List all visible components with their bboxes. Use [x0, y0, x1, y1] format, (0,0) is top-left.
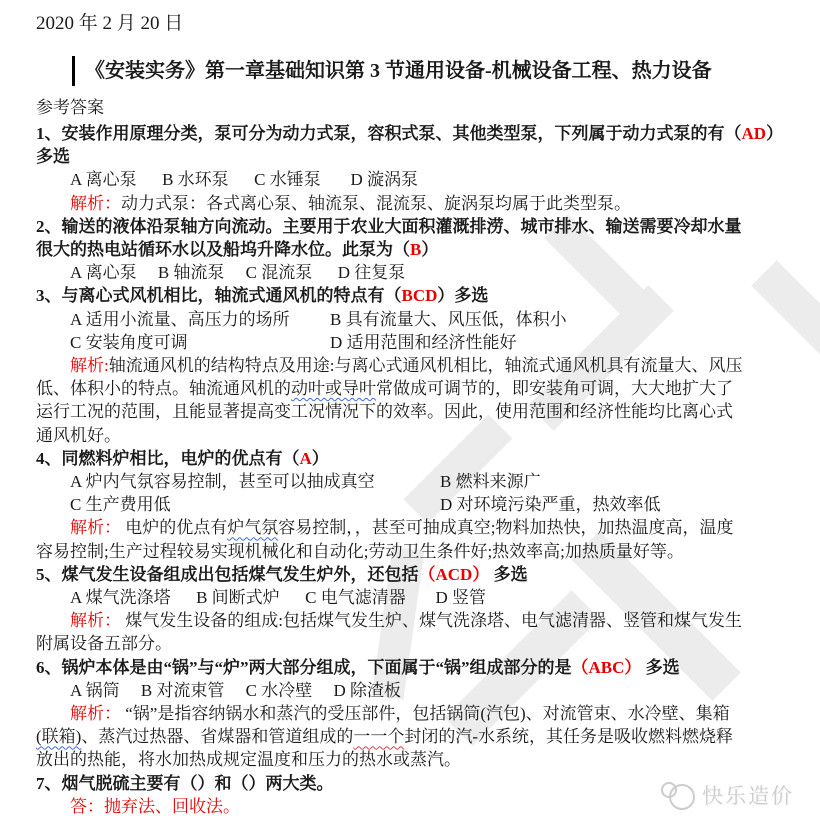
text-span: 附属设备五部分。 — [36, 634, 172, 653]
qa-body: 1、安装作用原理分类，泵可分为动力式泵，容积式泵、其他类型泵，下列属于动力式泵的… — [36, 122, 800, 818]
text-span: 多选 — [36, 147, 70, 166]
text-span: 一一个 — [353, 727, 404, 746]
document-content: 2020 年 2 月 20 日 《安装实务》第一章基础知识第 3 节通用设备-机… — [0, 0, 820, 818]
text-span: 很大的热电站循环水以及船坞升降水位。此泵为（ — [36, 240, 410, 259]
doc-line: 很大的热电站循环水以及船坞升降水位。此泵为（B） — [36, 238, 800, 261]
brand-logo-big-circle — [669, 784, 695, 810]
doc-line: C 安装角度可调D 适用范围和经济性能好 — [36, 331, 800, 354]
brand-logo-icon — [661, 781, 695, 809]
text-span: ） — [312, 449, 329, 468]
text-span: “锅”是指容纳锅水和蒸汽的受压部件，包括锅筒(汽包)、对流管束、水冷壁、集箱 — [121, 704, 730, 723]
text-span: 5、煤气发生设备组成出包括煤气发生炉外，还包括 — [36, 565, 419, 584]
text-span: 电炉的优点有 — [121, 518, 227, 537]
doc-line: C 生产费用低D 对环境污染严重，热效率低 — [36, 493, 800, 516]
text-span: 多选 — [489, 565, 527, 584]
answer-text: 解析： — [70, 704, 121, 723]
doc-line: 1、安装作用原理分类，泵可分为动力式泵，容积式泵、其他类型泵，下列属于动力式泵的… — [36, 122, 800, 145]
text-span: 2、输送的液体沿泵轴方向流动。主要用于农业大面积灌溉排涝、城市排水、输送需要冷却… — [36, 217, 742, 236]
doc-line: 解析： 煤气发生设备的组成:包括煤气发生炉、煤气洗涤塔、电气滤清器、竖管和煤气发… — [36, 609, 800, 632]
text-span: ）多选 — [437, 286, 488, 305]
brand-watermark: 快乐造价 — [661, 780, 794, 810]
text-span: D 适用范围和经济性能好 — [330, 333, 517, 352]
text-span: A 离心泵 B 水环泵 C 水锤泵 D 漩涡泵 — [70, 170, 418, 189]
text-span: 运行工况的范围，且能显著提高变工况情况下的效率。因此，使用范围和经济性能均比离心… — [36, 402, 733, 421]
doc-line: 容易控制;生产过程较易实现机械化和自动化;劳动卫生条件好;热效率高;加热质量好等… — [36, 540, 800, 563]
doc-line: A 煤气洗涤塔 B 间断式炉 C 电气滤清器 D 竖管 — [36, 586, 800, 609]
text-span: A 锅筒 B 对流束管 C 水冷壁 D 除渣板 — [70, 681, 401, 700]
doc-line: 多选 — [36, 145, 800, 168]
text-span: 常做成可调节的，即安装角可调，大大地扩大了 — [376, 379, 733, 398]
answer-text: （ABC） — [572, 658, 642, 677]
text-span: 动力式泵：各式离心泵、轴流泵、混流泵、旋涡泵均属于此类型泵。 — [121, 194, 631, 213]
doc-line: 4、同燃料炉相比，电炉的优点有（A） — [36, 447, 800, 470]
doc-line: 解析： 电炉的优点有炉气氛容易控制，，甚至可抽成真空;物料加热快，加热温度高，温… — [36, 516, 800, 539]
answer-text: 答：抛弃法、回收法。 — [70, 797, 240, 816]
doc-line: 解析：动力式泵：各式离心泵、轴流泵、混流泵、旋涡泵均属于此类型泵。 — [36, 192, 800, 215]
text-span: C 生产费用低 — [70, 493, 440, 516]
text-span: 轴流通风机的结构特点及用途:与离心式通风机相比，轴流式通风机具有流量大、风压 — [109, 356, 743, 375]
doc-line: 6、锅炉本体是由“锅”与“炉”两大部分组成，下面属于“锅”组成部分的是（ABC）… — [36, 656, 800, 679]
text-span: 放出的热能，将水加热成规定温度和压力的热水或蒸汽。 — [36, 750, 461, 769]
answer-text: A — [300, 449, 312, 468]
doc-line: 附属设备五部分。 — [36, 632, 800, 655]
text-span: 3、与离心式风机相比，轴流式通风机的特点有（ — [36, 286, 402, 305]
text-span: 煤气发生设备的组成:包括煤气发生炉、煤气洗涤塔、电气滤清器、竖管和煤气发生 — [121, 611, 742, 630]
brand-name: 快乐造价 — [702, 780, 794, 810]
text-span: D 对环境污染严重，热效率低 — [440, 495, 661, 514]
answer-text: AD — [742, 124, 767, 143]
text-span: A 离心泵 B 轴流泵 C 混流泵 D 往复泵 — [70, 263, 405, 282]
text-span: 1、安装作用原理分类，泵可分为动力式泵，容积式泵、其他类型泵，下列属于动力式泵的… — [36, 124, 742, 143]
text-span: 6、锅炉本体是由“锅”与“炉”两大部分组成，下面属于“锅”组成部分的是 — [36, 658, 572, 677]
text-span: ） — [421, 240, 438, 259]
date-line: 2020 年 2 月 20 日 — [36, 12, 800, 36]
answer-text: B — [410, 240, 421, 259]
doc-line: 解析:轴流通风机的结构特点及用途:与离心式通风机相比，轴流式通风机具有流量大、风… — [36, 354, 800, 377]
text-span: 7、烟气脱硫主要有（）和（）两大类。 — [36, 774, 334, 793]
document-page: 2020 年 2 月 20 日 《安装实务》第一章基础知识第 3 节通用设备-机… — [0, 0, 820, 822]
doc-line: A 离心泵 B 轴流泵 C 混流泵 D 往复泵 — [36, 261, 800, 284]
text-span: A 适用小流量、高压力的场所 — [70, 308, 330, 331]
answers-section-label: 参考答案 — [36, 96, 800, 120]
doc-line: 运行工况的范围，且能显著提高变工况情况下的效率。因此，使用范围和经济性能均比离心… — [36, 400, 800, 423]
text-span: 封闭的汽-水系统，其任务是吸收燃料燃烧释 — [404, 727, 733, 746]
doc-line: A 离心泵 B 水环泵 C 水锤泵 D 漩涡泵 — [36, 168, 800, 191]
text-span: B 燃料来源广 — [440, 472, 541, 491]
text-span: 通风机好。 — [36, 426, 121, 445]
text-span: (联箱) — [36, 727, 81, 746]
text-span: B 具有流量大、风压低，体积小 — [330, 310, 567, 329]
doc-line: 3、与离心式风机相比，轴流式通风机的特点有（BCD）多选 — [36, 284, 800, 307]
doc-line: 5、煤气发生设备组成出包括煤气发生炉外，还包括（ACD） 多选 — [36, 563, 800, 586]
doc-line: 解析： “锅”是指容纳锅水和蒸汽的受压部件，包括锅筒(汽包)、对流管束、水冷壁、… — [36, 702, 800, 725]
doc-line: 2、输送的液体沿泵轴方向流动。主要用于农业大面积灌溉排涝、城市排水、输送需要冷却… — [36, 215, 800, 238]
text-span: 容易控制;生产过程较易实现机械化和自动化;劳动卫生条件好;热效率高;加热质量好等… — [36, 542, 684, 561]
text-span: 、蒸汽过热器、省煤器和管道组成的 — [81, 727, 353, 746]
doc-line: A 锅筒 B 对流束管 C 水冷壁 D 除渣板 — [36, 679, 800, 702]
answer-text: 解析： — [70, 518, 121, 537]
text-span: 容易控制，，甚至可抽成真空;物料加热快，加热温度高，温度 — [278, 518, 733, 537]
doc-line: A 炉内气氛容易控制，甚至可以抽成真空B 燃料来源广 — [36, 470, 800, 493]
text-span: 多选 — [641, 658, 679, 677]
text-span: C 安装角度可调 — [70, 331, 330, 354]
doc-line: 放出的热能，将水加热成规定温度和压力的热水或蒸汽。 — [36, 748, 800, 771]
text-span: 动叶或导叶 — [291, 379, 376, 398]
text-span: 低、体积小的特点。轴流通风机的 — [36, 379, 291, 398]
text-span: A 煤气洗涤塔 B 间断式炉 C 电气滤清器 D 竖管 — [70, 588, 486, 607]
answer-text: （ACD） — [419, 565, 490, 584]
text-span: 炉气氛 — [227, 518, 278, 537]
text-span: ） — [766, 124, 783, 143]
doc-line: (联箱)、蒸汽过热器、省煤器和管道组成的一一个封闭的汽-水系统，其任务是吸收燃料… — [36, 725, 800, 748]
answer-text: BCD — [402, 286, 438, 305]
text-span: 4、同燃料炉相比，电炉的优点有（ — [36, 449, 300, 468]
text-span: A 炉内气氛容易控制，甚至可以抽成真空 — [70, 470, 440, 493]
doc-line: 通风机好。 — [36, 424, 800, 447]
doc-line: 低、体积小的特点。轴流通风机的动叶或导叶常做成可调节的，即安装角可调，大大地扩大… — [36, 377, 800, 400]
doc-line: A 适用小流量、高压力的场所B 具有流量大、风压低，体积小 — [36, 308, 800, 331]
answer-text: 解析: — [70, 356, 109, 375]
answer-text: 解析： — [70, 611, 121, 630]
doc-title: 《安装实务》第一章基础知识第 3 节通用设备-机械设备工程、热力设备 — [72, 56, 712, 86]
answer-text: 解析： — [70, 194, 121, 213]
